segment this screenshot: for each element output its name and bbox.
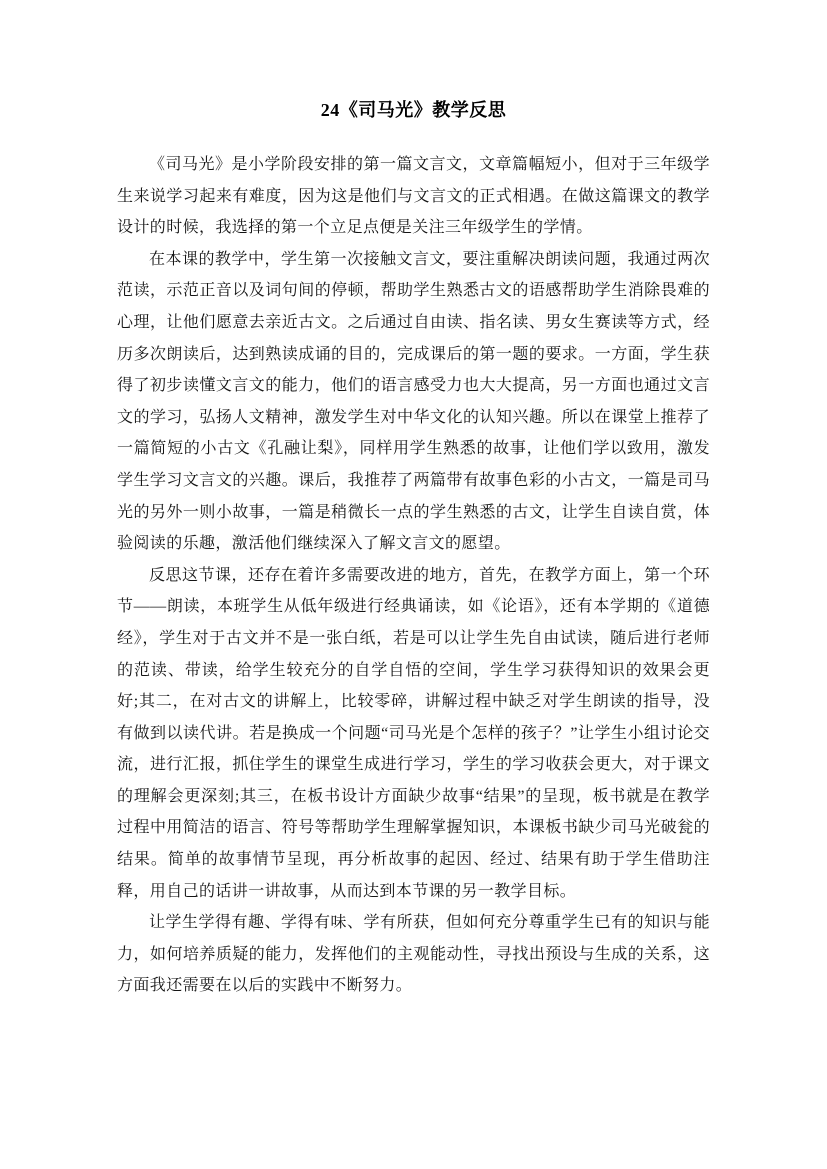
paragraph-reflection: 反思这节课，还存在着许多需要改进的地方，首先，在教学方面上，第一个环节——朗读，… (117, 560, 710, 908)
document-title: 24《司马光》教学反思 (117, 96, 710, 124)
document-page: 24《司马光》教学反思 《司马光》是小学阶段安排的第一篇文言文，文章篇幅短小，但… (0, 0, 827, 1169)
paragraph-teaching-process: 在本课的教学中，学生第一次接触文言文，要注重解决朗读问题，我通过两次范读，示范正… (117, 244, 710, 560)
paragraph-conclusion: 让学生学得有趣、学得有味、学有所获，但如何充分尊重学生已有的知识与能力，如何培养… (117, 907, 710, 1002)
paragraph-intro: 《司马光》是小学阶段安排的第一篇文言文，文章篇幅短小，但对于三年级学生来说学习起… (117, 149, 710, 244)
